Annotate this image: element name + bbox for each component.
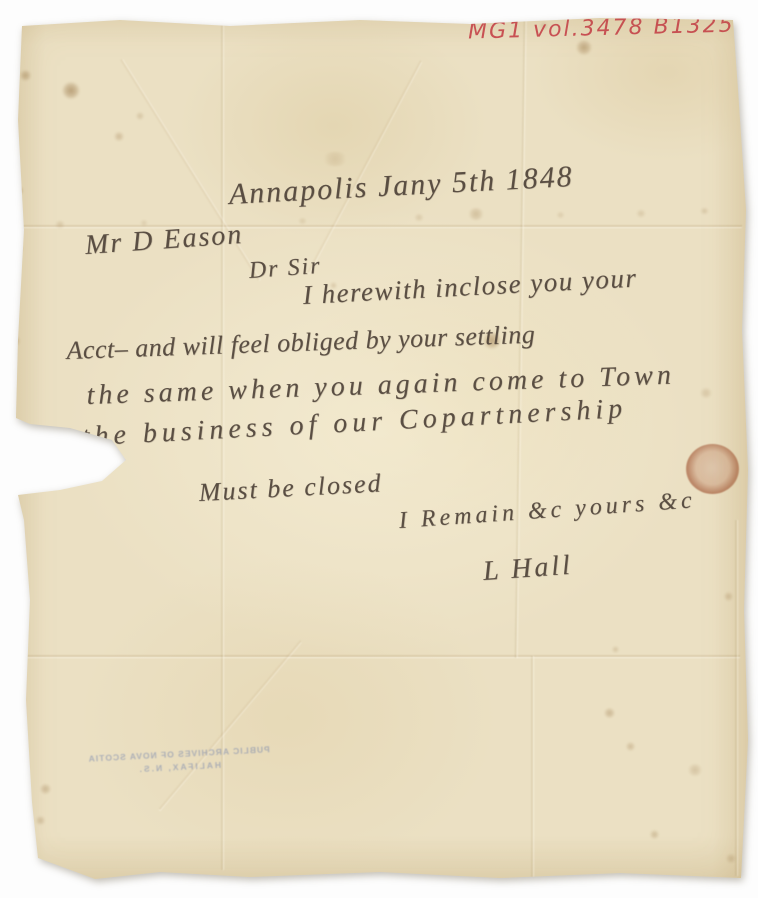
paper-shadow-wrap: MG1 vol.3478 B1325 Annapolis Jany 5th 18… xyxy=(0,0,758,898)
foxing-spot xyxy=(14,186,23,195)
scanned-letter-page: MG1 vol.3478 B1325 Annapolis Jany 5th 18… xyxy=(0,0,758,898)
paper-edge-shading xyxy=(0,0,758,898)
letter-paper: MG1 vol.3478 B1325 Annapolis Jany 5th 18… xyxy=(0,0,758,898)
foxing-spot xyxy=(12,244,23,254)
